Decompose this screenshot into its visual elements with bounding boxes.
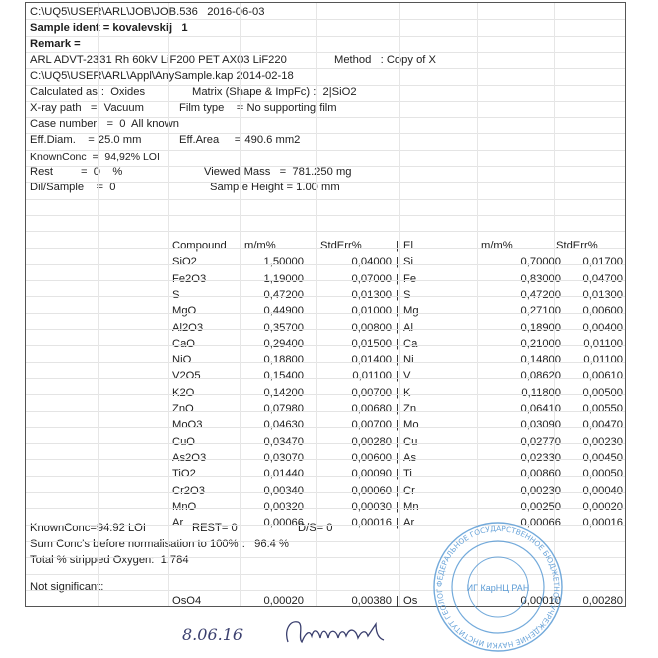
compound-cell: SiO2 (172, 254, 197, 270)
element-cell: Ni (403, 352, 414, 368)
compound-err-cell: 0,01500 (316, 336, 392, 352)
compound-cell: OsO4 (172, 593, 201, 609)
element-cell: K (403, 385, 410, 401)
element-conc-cell: 0,11800 (477, 385, 561, 401)
handwritten-signature: 8.06.16 (180, 612, 450, 652)
appl-path: C:\UQ5\USER\ARL\Appl\AnySample.kap 2014-… (30, 68, 294, 84)
element-conc-cell: 0,02330 (477, 450, 561, 466)
element-cell: Ca (403, 336, 417, 352)
element-cell: V (403, 368, 410, 384)
grid-line (26, 443, 625, 444)
element-cell: Os (403, 593, 417, 609)
element-conc-cell: 0,21000 (477, 336, 561, 352)
grid-line (26, 166, 625, 167)
compound-cell: CuO (172, 434, 195, 450)
element-conc-cell: 0,00230 (477, 483, 561, 499)
element-conc-cell: 0,03090 (477, 417, 561, 433)
compound-err-cell: 0,01300 (316, 287, 392, 303)
grid-line (26, 313, 625, 314)
element-cell: Fe (403, 271, 416, 287)
compound-err-cell: 0,04000 (316, 254, 392, 270)
element-err-cell: 0,00400 (554, 320, 623, 336)
element-err-cell: 0,01100 (554, 352, 623, 368)
compound-conc-cell: 0,29400 (240, 336, 304, 352)
method: Method : Copy of X (334, 52, 436, 68)
compound-cell: CaO (172, 336, 195, 352)
header-element: El (403, 238, 413, 254)
compound-cell: MnO (172, 499, 196, 515)
handwritten-date: 8.06.16 (182, 625, 243, 644)
compound-err-cell: 0,00380 (316, 593, 392, 609)
summary-rest: REST= 0 (192, 520, 238, 536)
element-conc-cell: 0,83000 (477, 271, 561, 287)
element-conc-cell: 0,00860 (477, 466, 561, 482)
signature-scribble (287, 622, 384, 642)
compound-err-cell: 0,00280 (316, 434, 392, 450)
grid-line (26, 68, 625, 69)
compound-err-cell: 0,00600 (316, 450, 392, 466)
compound-conc-cell: 0,03470 (240, 434, 304, 450)
case-number: Case number = 0 All known (30, 116, 179, 132)
compound-cell: Cr2O3 (172, 483, 205, 499)
compound-cell: TiO2 (172, 466, 196, 482)
element-err-cell: 0,00020 (554, 499, 623, 515)
header-element-conc: m/m% (481, 238, 513, 254)
element-conc-cell: 0,18900 (477, 320, 561, 336)
compound-conc-cell: 0,47200 (240, 287, 304, 303)
summary-known-conc: KnownConc=94.92 LOI (30, 520, 146, 536)
element-err-cell: 0,01300 (554, 287, 623, 303)
compound-err-cell: 0,01000 (316, 303, 392, 319)
element-conc-cell: 0,00250 (477, 499, 561, 515)
grid-line (26, 85, 625, 86)
grid-line (26, 248, 625, 249)
job-path: C:\UQ5\USER\ARL\JOB\JOB.536 2016-06-03 (30, 4, 264, 20)
element-cell: Mg (403, 303, 419, 319)
element-cell: S (403, 287, 410, 303)
compound-cell: S (172, 287, 179, 303)
compound-conc-cell: 0,03070 (240, 450, 304, 466)
element-cell: Ar (403, 515, 414, 531)
report-sheet: C:\UQ5\USER\ARL\JOB\JOB.536 2016-06-03 S… (25, 2, 626, 607)
instrument: ARL ADVT-2331 Rh 60kV LiF200 PET AX03 Li… (30, 52, 287, 68)
grid-line (26, 280, 625, 281)
grid-line (98, 3, 99, 606)
compound-cell: ZnO (172, 401, 194, 417)
element-conc-cell: 0,08620 (477, 368, 561, 384)
grid-line (26, 101, 625, 102)
compound-err-cell: 0,00800 (316, 320, 392, 336)
element-cell: Cu (403, 434, 417, 450)
compound-conc-cell: 0,00340 (240, 483, 304, 499)
element-err-cell: 0,00470 (554, 417, 623, 433)
remark: Remark = (30, 36, 81, 52)
compound-conc-cell: 1,19000 (240, 271, 304, 287)
grid-line (26, 52, 625, 53)
compound-conc-cell: 0,00066 (240, 515, 304, 531)
compound-err-cell: 0,00680 (316, 401, 392, 417)
not-significant-label: Not significant: (30, 579, 103, 595)
compound-conc-cell: 0,35700 (240, 320, 304, 336)
grid-line (554, 3, 555, 606)
compound-err-cell: 0,00030 (316, 499, 392, 515)
element-conc-cell: 0,27100 (477, 303, 561, 319)
grid-line (26, 36, 625, 37)
element-cell: Si (403, 254, 413, 270)
element-conc-cell: 0,70000 (477, 254, 561, 270)
element-cell: As (403, 450, 416, 466)
grid-line (26, 459, 625, 460)
header-compound-conc: m/m% (244, 238, 276, 254)
compound-cell: NiO (172, 352, 191, 368)
element-err-cell: 0,01100 (554, 336, 623, 352)
grid-line (26, 133, 625, 134)
grid-line (26, 182, 625, 183)
element-err-cell: 0,00600 (554, 303, 623, 319)
grid-line (26, 199, 625, 200)
compound-cell: As2O3 (172, 450, 206, 466)
element-conc-cell: 0,02770 (477, 434, 561, 450)
sum-conc: Sum Conc's before normalisation to 100% … (30, 536, 289, 552)
sample-ident: Sample ident = kovalevskij 1 (30, 20, 188, 36)
element-conc-cell: 0,06410 (477, 401, 561, 417)
grid-line (26, 492, 625, 493)
grid-line (316, 3, 317, 606)
element-err-cell: 0,00040 (554, 483, 623, 499)
compound-conc-cell: 0,44900 (240, 303, 304, 319)
compound-conc-cell: 0,15400 (240, 368, 304, 384)
compound-err-cell: 0,01100 (316, 368, 392, 384)
grid-line (26, 329, 625, 330)
grid-line (26, 362, 625, 363)
institution-stamp: ФЕДЕРАЛЬНОЕ ГОСУДАРСТВЕННОЕ БЮДЖЕТНОЕ УЧ… (428, 520, 568, 655)
compound-conc-cell: 1,50000 (240, 254, 304, 270)
compound-err-cell: 0,00700 (316, 385, 392, 401)
grid-line (26, 378, 625, 379)
element-err-cell: 0,00050 (554, 466, 623, 482)
compound-cell: V2O5 (172, 368, 201, 384)
compound-conc-cell: 0,14200 (240, 385, 304, 401)
element-err-cell: 0,00610 (554, 368, 623, 384)
matrix: Matrix (Shape & ImpFc) : 2|SiO2 (192, 84, 357, 100)
compound-conc-cell: 0,01440 (240, 466, 304, 482)
stripped-oxygen: Total % stripped Oxygen: 1.784 (30, 552, 189, 568)
grid-line (26, 394, 625, 395)
element-cell: Mn (403, 499, 419, 515)
compound-conc-cell: 0,04630 (240, 417, 304, 433)
compound-conc-cell: 0,00320 (240, 499, 304, 515)
grid-line (26, 508, 625, 509)
grid-line (26, 231, 625, 232)
grid-line (168, 3, 169, 606)
grid-line (26, 215, 625, 216)
film-type: Film type = No supporting film (179, 100, 337, 116)
compound-cell: MgO (172, 303, 196, 319)
grid-line (26, 19, 625, 20)
calculated-as: Calculated as : Oxides (30, 84, 145, 100)
element-cell: Ti (403, 466, 412, 482)
grid-line (26, 296, 625, 297)
element-cell: Zn (403, 401, 416, 417)
header-compound-err: StdErr% (320, 238, 362, 254)
compound-err-cell: 0,07000 (316, 271, 392, 287)
element-cell: Cr (403, 483, 415, 499)
compound-cell: Ar (172, 515, 183, 531)
compound-err-cell: 0,00060 (316, 483, 392, 499)
element-conc-cell: 0,47200 (477, 287, 561, 303)
element-err-cell: 0,04700 (554, 271, 623, 287)
element-cell: Al (403, 320, 413, 336)
compound-conc-cell: 0,07980 (240, 401, 304, 417)
element-cell: Mo (403, 417, 419, 433)
compound-cell: Fe2O3 (172, 271, 206, 287)
xray-path: X-ray path = Vacuum (30, 100, 144, 116)
grid-line (26, 117, 625, 118)
element-err-cell: 0,00500 (554, 385, 623, 401)
grid-line (26, 411, 625, 412)
compound-conc-cell: 0,00020 (240, 593, 304, 609)
compound-cell: Al2O3 (172, 320, 203, 336)
grid-line (477, 3, 478, 606)
compound-err-cell: 0,01400 (316, 352, 392, 368)
known-conc: KnownConc = 94,92% LOI (30, 149, 160, 165)
grid-line (240, 3, 241, 606)
element-err-cell: 0,00230 (554, 434, 623, 450)
element-err-cell: 0,01700 (554, 254, 623, 270)
compound-conc-cell: 0,18800 (240, 352, 304, 368)
grid-line (26, 476, 625, 477)
header-compound: Compound (172, 238, 227, 254)
grid-line (26, 345, 625, 346)
grid-line (26, 150, 625, 151)
compound-err-cell: 0,00090 (316, 466, 392, 482)
compound-err-cell: 0,00700 (316, 417, 392, 433)
eff-diam: Eff.Diam. = 25.0 mm (30, 132, 141, 148)
grid-line (26, 427, 625, 428)
element-err-cell: 0,00550 (554, 401, 623, 417)
grid-line (399, 3, 400, 606)
compound-cell: MoO3 (172, 417, 202, 433)
element-conc-cell: 0,14800 (477, 352, 561, 368)
compound-cell: K2O (172, 385, 194, 401)
grid-line (26, 264, 625, 265)
header-element-err: StdErr% (556, 238, 598, 254)
stamp-center-text: ИГ КарНЦ РАН (467, 583, 530, 593)
element-err-cell: 0,00450 (554, 450, 623, 466)
